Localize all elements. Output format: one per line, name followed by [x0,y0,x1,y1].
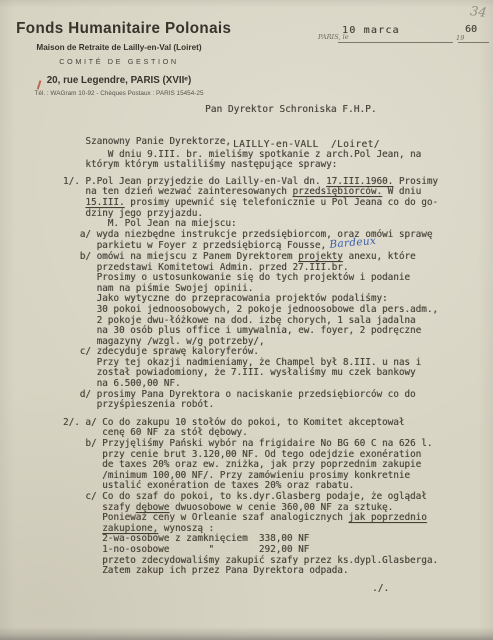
letterhead: Fonds Humanitaire Polonais Maison de Ret… [14,20,224,97]
typed-text: na ten dzień wezwać zainteresowanych [63,186,293,197]
scan-edge-shadow [0,627,493,640]
underlined-text: przedsiębiorców. [293,186,383,197]
org-contact: Tél. : WAGram 10-92 - Chèques Postaux : … [14,90,224,97]
typed-text: dwuosobowe w cenie 360,00 NF za sztukę. [169,502,393,513]
addressee-line1: Pan Dyrektor Schroniska F.H.P. [205,104,380,116]
underlined-text: jak poprzednio [348,512,426,523]
pencil-page-number: 34 [469,4,487,21]
body-line: Szanowny Panie Dyrektorze, [63,137,438,148]
typed-date: 10 marca [342,25,400,36]
handwritten-note: Bardeux [326,236,377,251]
body-line: którym którym ustaliliśmy następujące sp… [63,160,438,171]
date-rule [338,42,453,43]
org-committee-line: COMITÉ DE GESTION [14,57,224,66]
year-rule [458,42,489,43]
typed-text: W dniu [382,186,421,197]
scanned-letter-page: Fonds Humanitaire Polonais Maison de Ret… [0,0,493,640]
underlined-text: dębowe [136,502,170,513]
body-line: 1-no-osobowe " 292,00 NF [63,545,438,556]
typed-text: wynoszą : [158,523,214,534]
continuation-mark: ./. [372,583,389,594]
typed-text: anexu, które [343,251,416,262]
body-line: przyśpieszenia robót. [63,400,438,411]
date-block: PARIS, le 10 marca 19 60 [318,24,490,46]
year-printed-prefix: 19 [456,34,464,42]
typed-text: szafy [63,502,136,513]
body-lines: Szanowny Panie Dyrektorze, W dniu 9.III.… [63,137,438,577]
body-line: a/ wyda niezbędne instrukcje przedsiębio… [63,230,438,241]
org-subtitle: Maison de Retraite de Lailly-en-Val (Loi… [14,43,224,52]
underlined-text: zakupione, [102,523,158,534]
typed-text: parkietu w Foyer z przedsiębiorcą Fousse… [63,240,326,251]
typed-text [63,197,85,208]
org-name: Fonds Humanitaire Polonais [16,20,222,38]
underlined-text: projekty [298,251,343,262]
body-line: b/ omówi na miejscu z Panem Dyrektorem p… [63,252,438,263]
typed-year: 60 [465,24,477,35]
underlined-text: 15.III. [85,197,124,208]
typed-text: Ponieważ ceny w Orleanie szaf analogiczn… [63,512,348,523]
org-address: 20, rue Legendre, PARIS (XVIIᵉ) [14,75,224,86]
body-line: 15.III. prosimy upewnić się telefoniczni… [63,198,438,209]
body-line: Zatem zakup ich przez Pana Dyrektora odp… [63,566,438,577]
typed-text [63,523,102,534]
body-line: 30 pokoi jednoosobowych, 2 pokoje jednoo… [63,305,438,316]
typed-text: b/ omówi na miejscu z Panem Dyrektorem [63,251,298,262]
typed-text: prosimy upewnić się telefonicznie u Pol … [125,197,438,208]
